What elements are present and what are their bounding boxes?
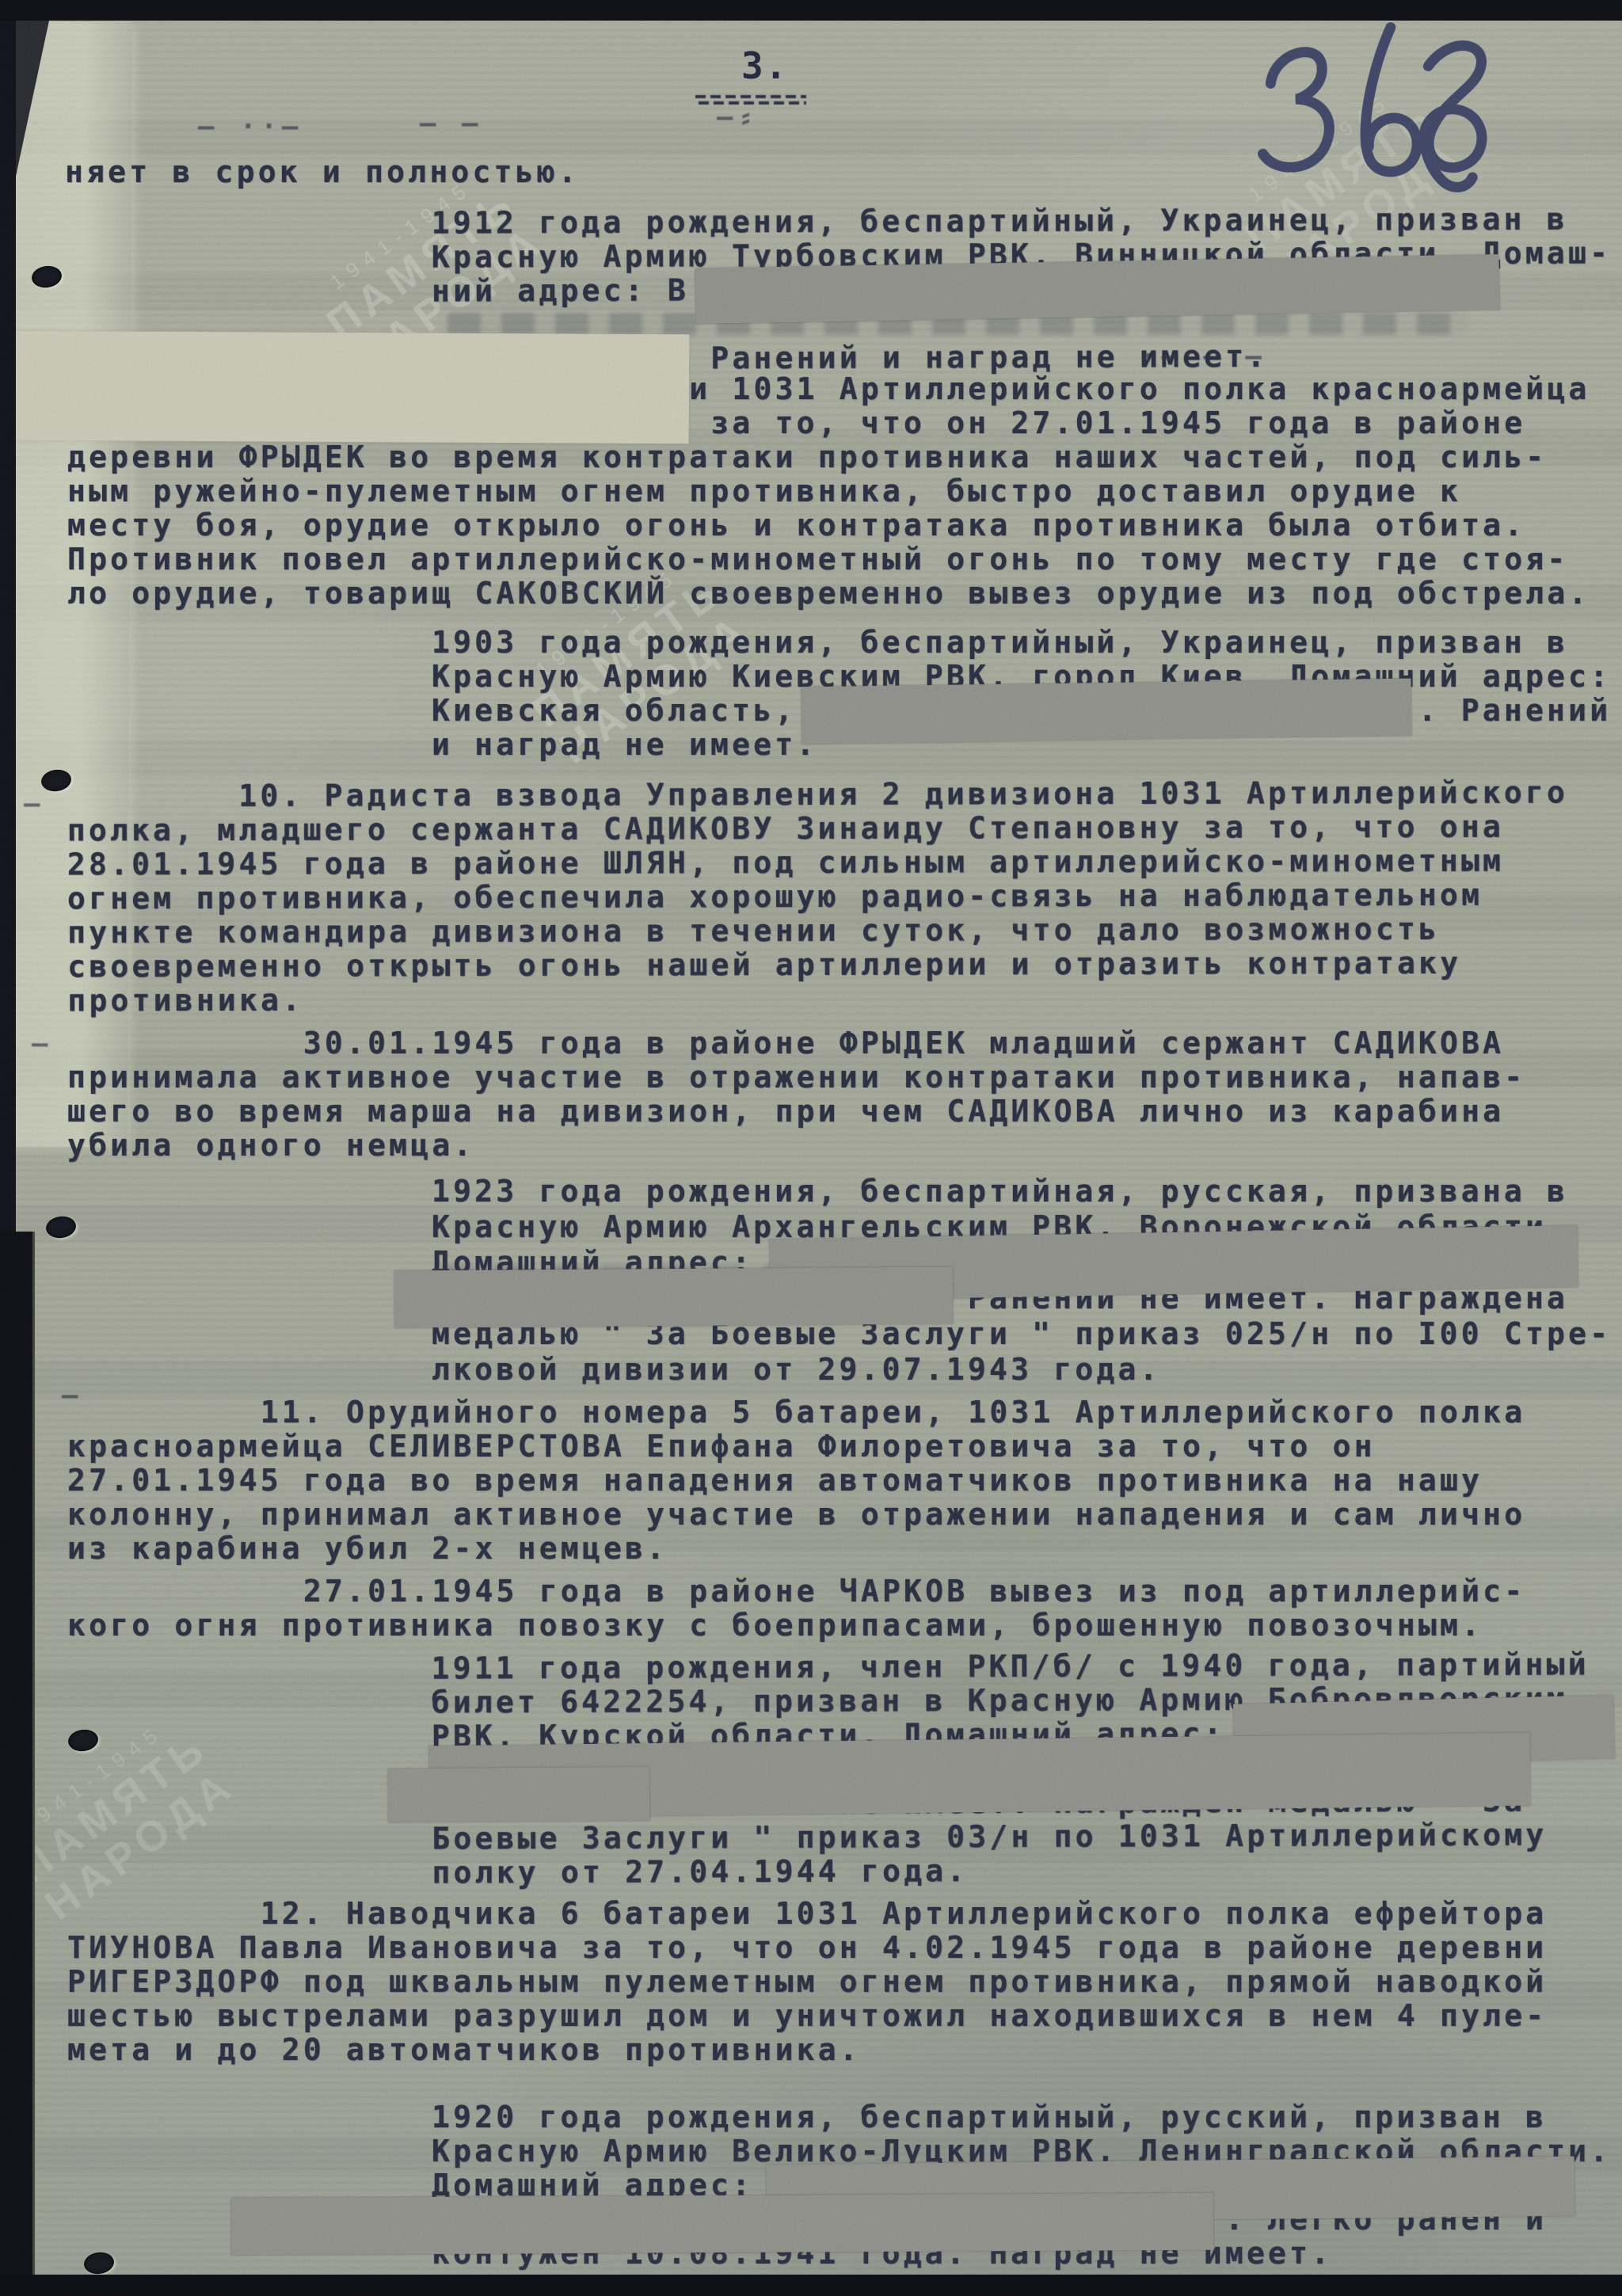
scan-edge-bottom (0, 2275, 1622, 2296)
paragraph-citation-11: 11. Орудийного номера 5 батареи, 1031 Ар… (67, 1395, 1525, 1566)
redaction-bar (231, 2193, 1213, 2255)
scan-artifact: – ··– (198, 111, 303, 143)
scan-artifact: – (24, 788, 44, 820)
redaction-bar (801, 679, 1412, 744)
scanned-document-page: 1941-1945 ПАМЯТЬ НАРОДА 1941-1945 ПАМЯТЬ… (0, 0, 1622, 2296)
scan-artifact: — – (420, 108, 482, 139)
redaction-bar (394, 1267, 953, 1328)
scan-artifact: — (32, 1028, 52, 1060)
paragraph-header-fragment: няет в срок и полностью. (65, 155, 580, 189)
paragraph-citation-10: 10. Радиста взвода Управления 2 дивизион… (67, 776, 1569, 1019)
paragraph-citation-11b: 27.01.1945 года в районе ЧАРКОВ вывез из… (67, 1574, 1525, 1643)
paragraph-citation-12: 12. Наводчика 6 батареи 1031 Артиллерийс… (67, 1897, 1547, 2067)
redaction-bar (6, 331, 690, 444)
scan-edge-top (0, 0, 1622, 21)
scan-edge-left-lower (0, 1232, 35, 2296)
redaction-bar (388, 1767, 649, 1822)
scan-artifact: ·– — – (1140, 341, 1266, 372)
page-number: 3. (741, 44, 788, 87)
scan-artifact: –⸗ (717, 101, 759, 135)
handwritten-page-stamp: 368 (1217, 4, 1539, 215)
paragraph-citation-10b: 30.01.1945 года в районе ФРЫДЕК младший … (67, 1026, 1525, 1163)
